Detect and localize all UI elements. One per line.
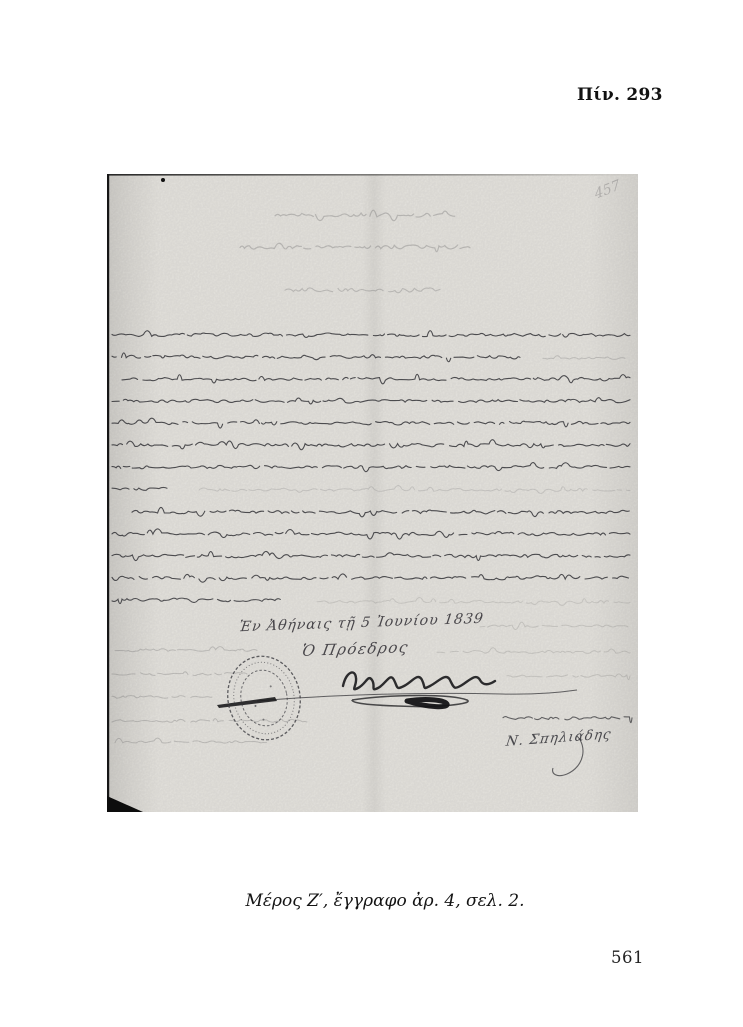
scan-speck bbox=[161, 178, 165, 182]
scan-left-edge bbox=[107, 174, 109, 812]
plate-caption: Μέρος Ζ′, ἔγγραφο ἀρ. 4, σελ. 2. bbox=[245, 891, 524, 911]
scan-top-edge bbox=[107, 174, 638, 176]
plate-label: Πίν. 293 bbox=[577, 85, 663, 105]
book-page: Πίν. 293 bbox=[0, 0, 743, 1027]
document-scan-image bbox=[107, 174, 638, 812]
page-number: 561 bbox=[611, 948, 644, 967]
document-scan: Ἐν Ἀθήναις τῇ 5 Ἰουνίου 1839 Ὁ Πρόεδρος … bbox=[107, 174, 638, 812]
scan-signatory-title: Ὁ Πρόεδρος bbox=[300, 638, 410, 660]
